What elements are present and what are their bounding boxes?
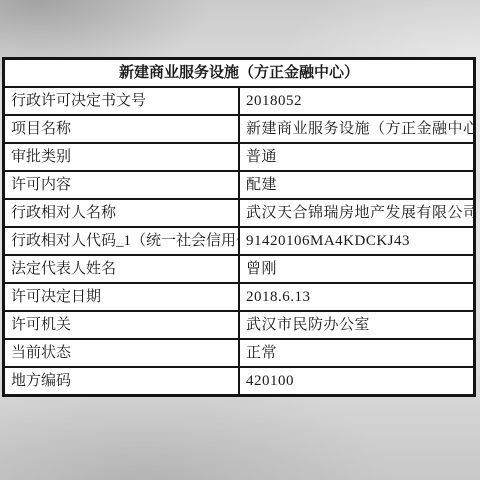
row-value: 新建商业服务设施（方正金融中心） bbox=[239, 115, 475, 143]
row-value: 2018052 bbox=[239, 87, 475, 115]
row-value: 武汉天合锦瑞房地产发展有限公司 bbox=[239, 199, 475, 227]
table-row: 许可决定日期 2018.6.13 bbox=[4, 283, 475, 311]
table-row: 审批类别 普通 bbox=[4, 143, 475, 171]
row-label: 行政相对人名称 bbox=[4, 199, 240, 227]
row-value: 91420106MA4KDCKJ43 bbox=[239, 227, 475, 255]
table-row: 行政相对人名称 武汉天合锦瑞房地产发展有限公司 bbox=[4, 199, 475, 227]
row-value: 420100 bbox=[239, 367, 475, 396]
table-row: 当前状态 正常 bbox=[4, 339, 475, 367]
table-body: 行政许可决定书文号 2018052 项目名称 新建商业服务设施（方正金融中心） … bbox=[4, 87, 475, 396]
table-row: 项目名称 新建商业服务设施（方正金融中心） bbox=[4, 115, 475, 143]
row-label: 地方编码 bbox=[4, 367, 240, 396]
row-label: 当前状态 bbox=[4, 339, 240, 367]
row-label: 法定代表人姓名 bbox=[4, 255, 240, 283]
row-value: 2018.6.13 bbox=[239, 283, 475, 311]
row-label: 行政许可决定书文号 bbox=[4, 87, 240, 115]
row-value: 普通 bbox=[239, 143, 475, 171]
table-header: 新建商业服务设施（方正金融中心） bbox=[4, 59, 475, 88]
row-label: 许可内容 bbox=[4, 171, 240, 199]
row-label: 项目名称 bbox=[4, 115, 240, 143]
row-value: 武汉市民防办公室 bbox=[239, 311, 475, 339]
table-title: 新建商业服务设施（方正金融中心） bbox=[4, 59, 475, 88]
title-row: 新建商业服务设施（方正金融中心） bbox=[4, 59, 475, 88]
permit-info-table: 新建商业服务设施（方正金融中心） 行政许可决定书文号 2018052 项目名称 … bbox=[2, 57, 476, 397]
row-label: 审批类别 bbox=[4, 143, 240, 171]
row-label: 许可决定日期 bbox=[4, 283, 240, 311]
table-row: 许可机关 武汉市民防办公室 bbox=[4, 311, 475, 339]
table-row: 行政相对人代码_1（统一社会信用代码） 91420106MA4KDCKJ43 bbox=[4, 227, 475, 255]
row-value: 正常 bbox=[239, 339, 475, 367]
table-row: 许可内容 配建 bbox=[4, 171, 475, 199]
table-row: 地方编码 420100 bbox=[4, 367, 475, 396]
table-row: 法定代表人姓名 曾刚 bbox=[4, 255, 475, 283]
table-row: 行政许可决定书文号 2018052 bbox=[4, 87, 475, 115]
row-label: 许可机关 bbox=[4, 311, 240, 339]
row-value: 曾刚 bbox=[239, 255, 475, 283]
row-value: 配建 bbox=[239, 171, 475, 199]
row-label: 行政相对人代码_1（统一社会信用代码） bbox=[4, 227, 240, 255]
